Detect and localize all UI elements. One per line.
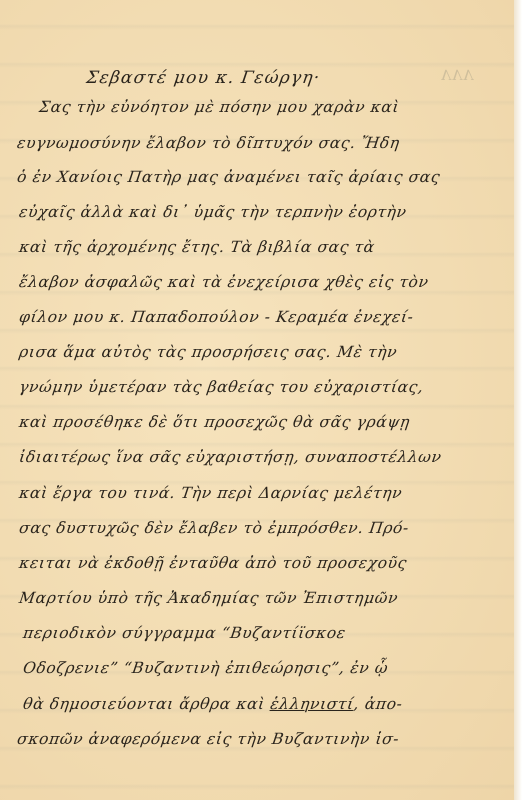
letter-line-9: γνώμην ὑμετέραν τὰς βαθείας του εὐχαριστ… — [18, 378, 425, 396]
letter-line-6: ἔλαβον ἀσφαλῶς καὶ τὰ ἐνεχείρισα χθὲς εἰ… — [18, 273, 430, 291]
letter-line-7: φίλον μου κ. Παπαδοπούλον - Κεραμέα ἐνεχ… — [18, 308, 415, 326]
letter-page: ΛΛΛ Σεβαστέ μου κ. Γεώργη· Σας τὴν εὐνόη… — [0, 0, 514, 800]
letter-line-2: ευγνωμοσύνην ἔλαβον τὸ δῖπτυχόν σας. Ἤδη — [16, 134, 401, 152]
letter-line-12: καὶ ἔργα του τινά. Τὴν περὶ Δαρνίας μελέ… — [18, 484, 403, 502]
letter-line-13: σας δυστυχῶς δὲν ἔλαβεν τὸ ἐμπρόσθεν. Πρ… — [18, 519, 410, 537]
letter-line-8: ρισα ἅμα αὐτὸς τὰς προσρήσεις σας. Μὲ τὴ… — [18, 343, 398, 361]
bleed-through-mark: ΛΛΛ — [439, 68, 475, 84]
letter-line-1: Σας τὴν εὐνόητον μὲ πόσην μου χαρὰν καὶ — [38, 98, 401, 116]
letter-line-15: Μαρτίου ὑπὸ τῆς Ἀκαδημίας τῶν Ἐπιστημῶν — [18, 589, 399, 607]
letter-line-14: κειται νὰ ἐκδοθῇ ἐνταῦθα ἀπὸ τοῦ προσεχο… — [18, 554, 408, 572]
letter-line-3: ὁ ἐν Χανίοις Πατὴρ μας ἀναμένει ταῖς ἀρί… — [16, 168, 441, 186]
underlined-word: ἑλληνιστί — [269, 695, 355, 713]
letter-line-17: Οδοζρενιε” “Βυζαντινὴ ἐπιθεώρησις”, ἐν ᾧ — [22, 659, 389, 677]
scan-edge — [514, 0, 522, 800]
letter-line-11: ἰδιαιτέρως ἵνα σᾶς εὐχαριστήσῃ, συναποστ… — [18, 448, 443, 466]
letter-line-16: περιοδικὸν σύγγραμμα “Βυζαντίϊσκοε — [22, 624, 347, 642]
salutation: Σεβαστέ μου κ. Γεώργη· — [85, 68, 322, 88]
letter-line-19: σκοπῶν ἀναφερόμενα εἰς τὴν Βυζαντινὴν ἱσ… — [16, 730, 400, 748]
letter-line-10: καὶ προσέθηκε δὲ ὅτι προσεχῶς θὰ σᾶς γρά… — [18, 413, 411, 431]
letter-line-18: θὰ δημοσιεύονται ἄρθρα καὶ ἑλληνιστί, ἀπ… — [22, 695, 404, 713]
ink-bleed-through — [0, 0, 514, 800]
letter-line-5: καὶ τῆς ἀρχομένης ἔτης. Τὰ βιβλία σας τὰ — [18, 238, 376, 256]
letter-line-4: εὐχαῖς ἀλλὰ καὶ δι᾽ ὑμᾶς τὴν τερπνὴν ἐορ… — [18, 203, 408, 221]
